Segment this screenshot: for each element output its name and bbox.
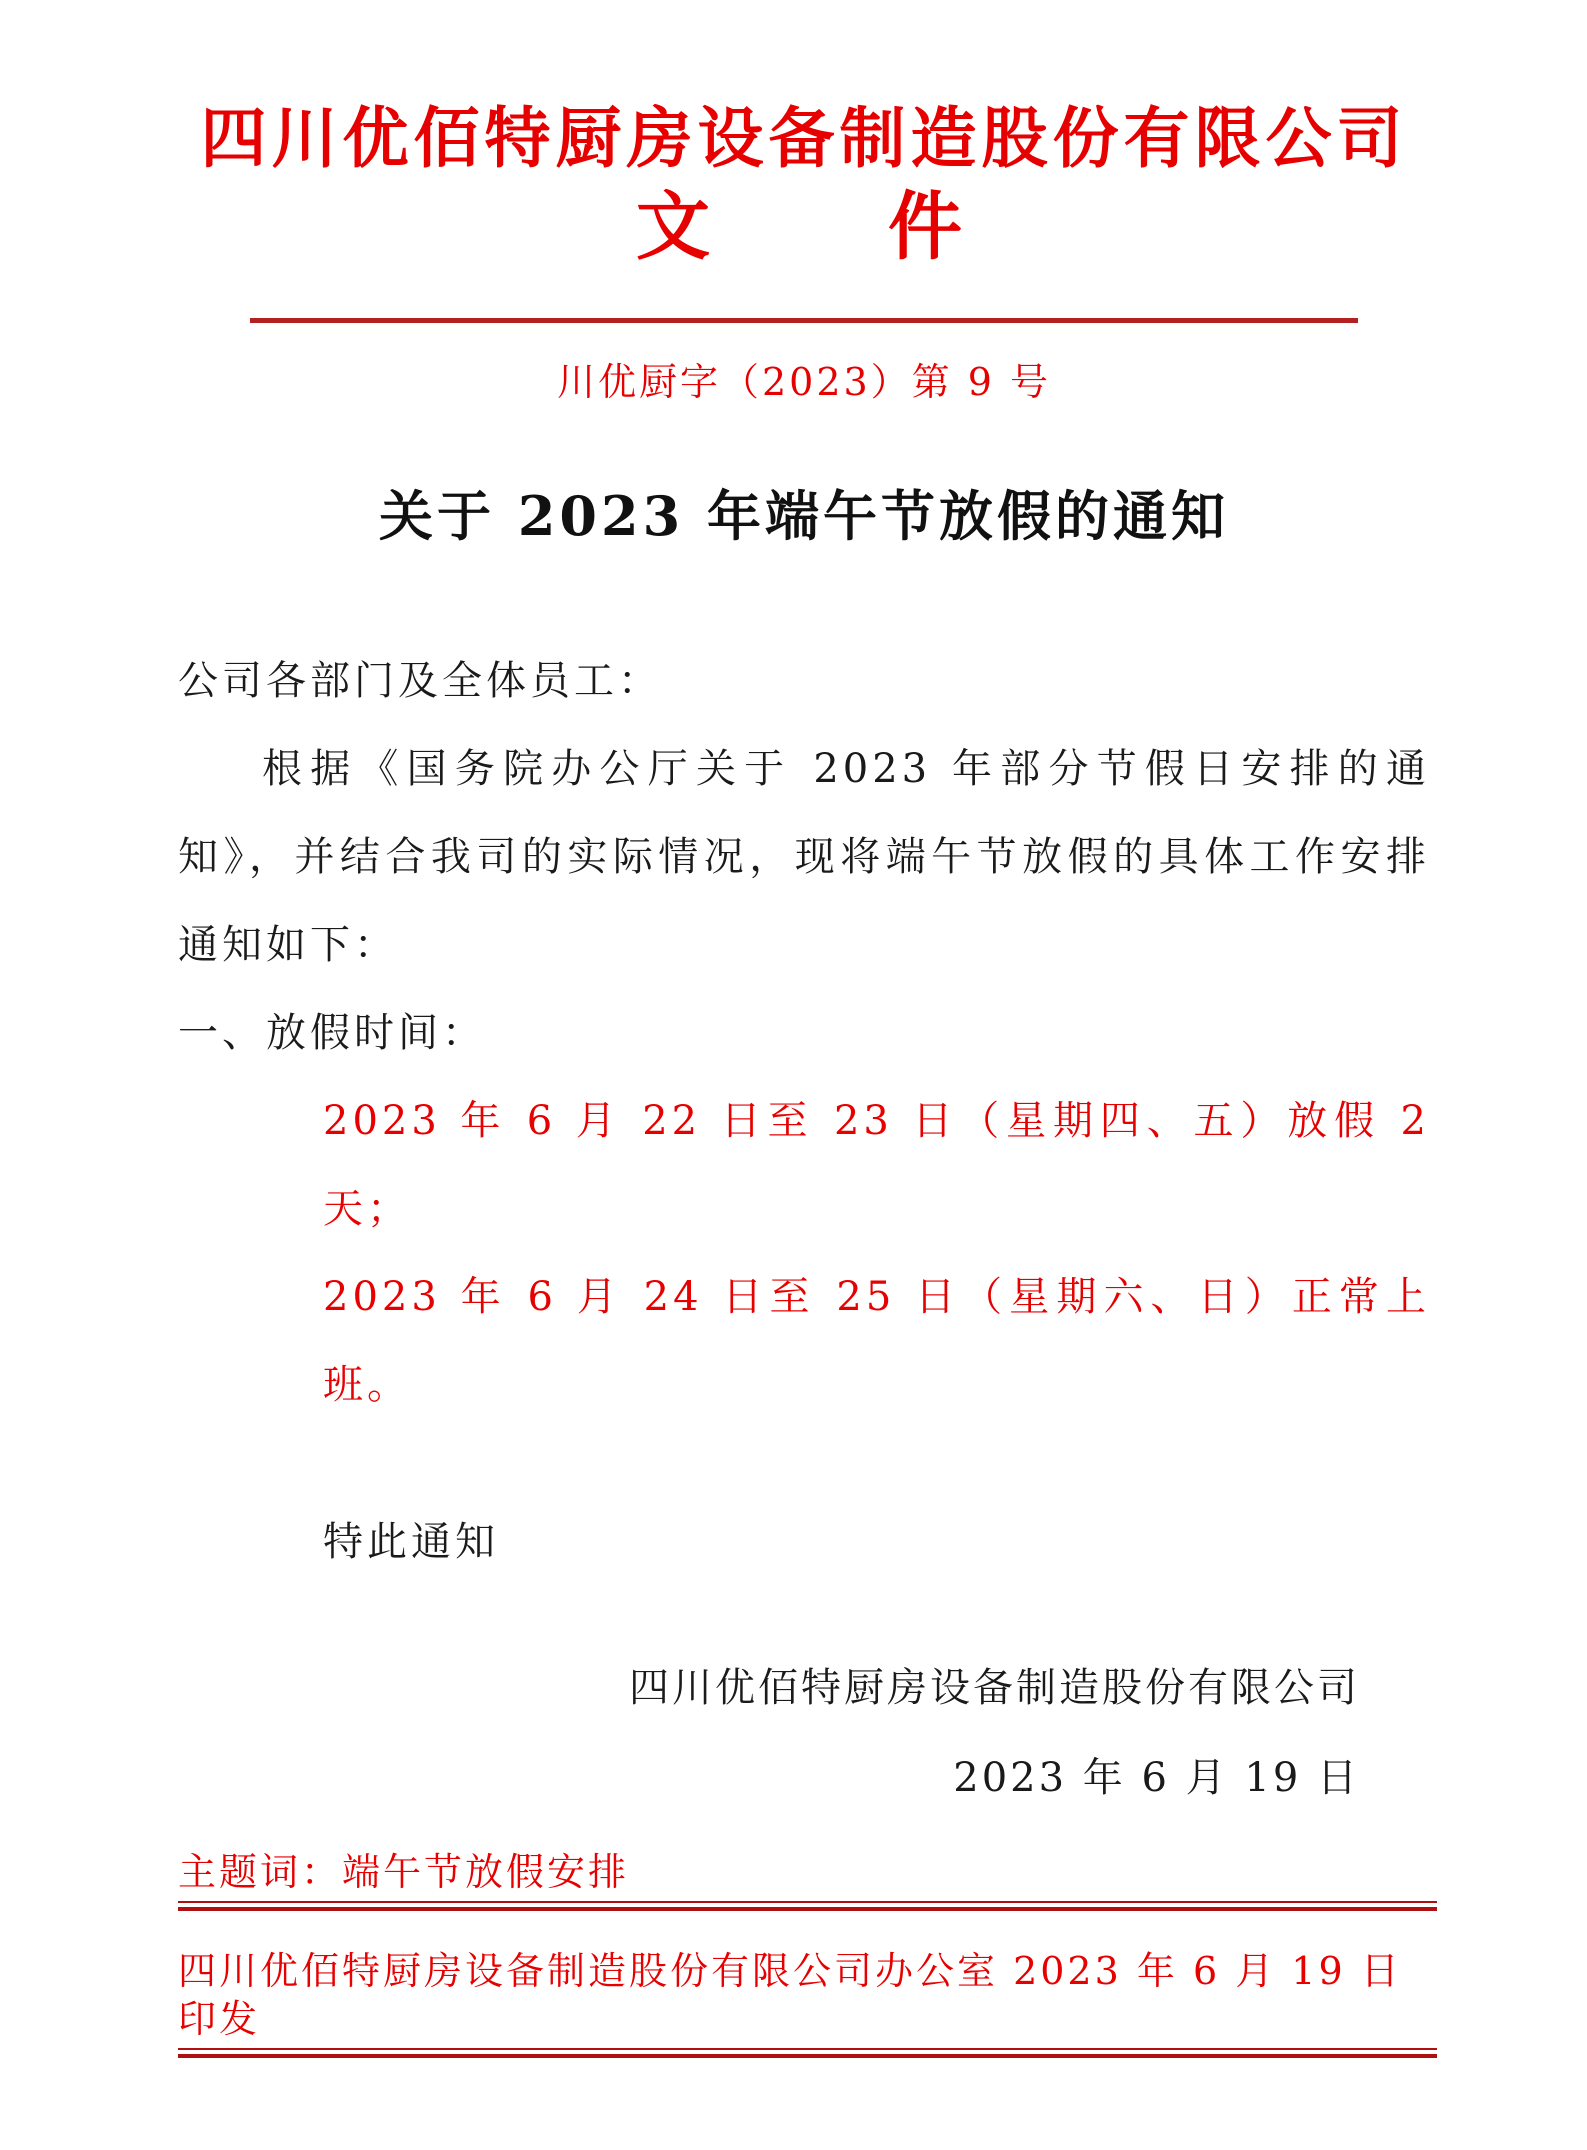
body-block: 公司各部门及全体员工： 根据《国务院办公厅关于 2023 年部分节假日安排的通知…: [178, 637, 1430, 1586]
doc-number: 川优厨字（2023）第 9 号: [178, 357, 1430, 407]
footer-rule-thick-1: [178, 1907, 1437, 1911]
signature-block: 四川优佰特厨房设备制造股份有限公司 2023 年 6 月 19 日: [178, 1643, 1430, 1823]
header-rule: [250, 318, 1358, 323]
header-company-name: 四川优佰特厨房设备制造股份有限公司: [178, 98, 1430, 178]
footer-rule-thin-1: [178, 1901, 1437, 1903]
footer-rule-thick-2: [178, 2054, 1437, 2058]
salutation: 公司各部门及全体员工：: [178, 637, 1430, 725]
footer-subject-line: 主题词：端午节放假安排: [178, 1848, 1437, 1896]
document-page: 四川优佰特厨房设备制造股份有限公司 文 件 川优厨字（2023）第 9 号 关于…: [0, 0, 1587, 2150]
footer-rule-thin-2: [178, 2048, 1437, 2050]
doc-title: 关于 2023 年端午节放假的通知: [178, 481, 1430, 551]
header-file-label: 文 件: [178, 182, 1430, 272]
section-heading: 一、放假时间：: [178, 989, 1430, 1077]
signature-date: 2023 年 6 月 19 日: [178, 1733, 1360, 1823]
closing-note: 特此通知: [178, 1498, 1430, 1586]
holiday-line-2: 2023 年 6 月 24 日至 25 日（星期六、日）正常上班。: [178, 1253, 1430, 1429]
footer-issue-line: 四川优佰特厨房设备制造股份有限公司办公室 2023 年 6 月 19 日印发: [178, 1947, 1437, 2043]
holiday-line-1: 2023 年 6 月 22 日至 23 日（星期四、五）放假 2 天；: [178, 1077, 1430, 1253]
body-paragraph: 根据《国务院办公厅关于 2023 年部分节假日安排的通知》，并结合我司的实际情况…: [178, 725, 1430, 989]
signature-company: 四川优佰特厨房设备制造股份有限公司: [178, 1643, 1360, 1733]
footer: 主题词：端午节放假安排 四川优佰特厨房设备制造股份有限公司办公室 2023 年 …: [178, 1848, 1437, 2058]
